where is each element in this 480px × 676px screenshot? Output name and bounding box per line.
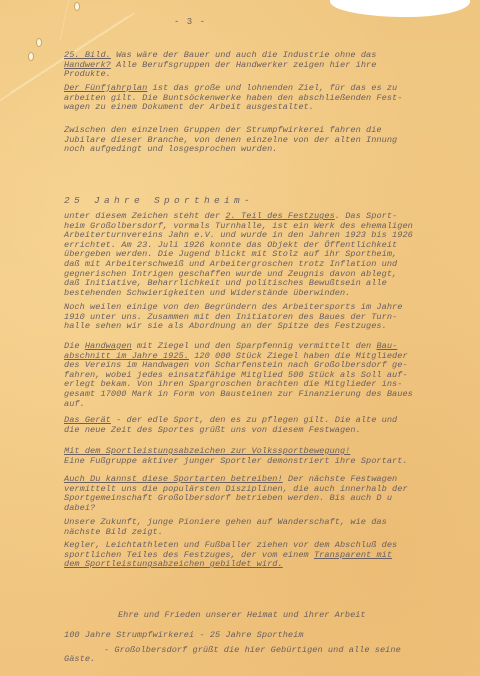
text-line: auf. — [64, 400, 470, 410]
text-line: - Großolbersdorf grüßt die hier Gebürtig… — [64, 646, 470, 656]
paragraph-handwagen: Die Handwagen mit Ziegel und den Sparpfe… — [64, 342, 470, 409]
text-line: die neue Zeit des Sportes grüßt uns von … — [64, 426, 470, 436]
text-line: Alle Berufsgruppen der Handwerker zeigen… — [111, 60, 377, 70]
text-line: dabei? — [64, 504, 470, 514]
closing-motto: Ehre und Frieden unserer Heimat und ihre… — [118, 610, 366, 620]
text-line: Gäste. — [64, 655, 470, 665]
punch-hole — [36, 38, 42, 47]
text-line: nächste Bild zeigt. — [64, 528, 470, 538]
text-line: Was wäre der Bauer und auch die Industri… — [111, 50, 377, 60]
paragraph-geraet: Das Gerät - der edle Sport, den es zu pf… — [64, 416, 470, 435]
text-line: wagen zu einem Dokument der Arbeit ausge… — [64, 103, 470, 113]
underlined-phrase: Handwagen — [85, 341, 132, 351]
punch-hole — [28, 52, 34, 61]
paragraph-zwischen: Zwischen den einzelnen Gruppen der Strum… — [64, 126, 470, 155]
text-line: Die — [64, 341, 85, 351]
underlined-phrase: abschnitt im Jahre 1925. — [64, 351, 189, 361]
paragraph-closing: 100 Jahre Strumpfwirkerei - 25 Jahre Spo… — [64, 631, 470, 665]
text-line: gesamt 17000 Mark in Form von Bausteinen… — [64, 390, 470, 400]
underlined-phrase: Auch Du kannst diese Sportarten betreibe… — [64, 474, 283, 484]
text-line: Produkte. — [64, 70, 470, 80]
paragraph-fuenfjahrplan: Der Fünfjahrplan ist das große und lohne… — [64, 84, 470, 113]
text-line: 100 Jahre Strumpfwirkerei - 25 Jahre Spo… — [64, 631, 470, 641]
text-line: sportlichen Teiles des Festzuges, der vo… — [64, 550, 314, 560]
text-line: mit Ziegel und den Sparpfennig vermittel… — [132, 341, 377, 351]
torn-corner-edge — [372, 0, 442, 6]
underlined-phrase: Der Fünfjahrplan — [64, 83, 147, 93]
section-heading: 25 Jahre Sportheim- — [64, 195, 254, 206]
paragraph-sportheim: unter diesem Zeichen steht der 2. Teil d… — [64, 212, 470, 298]
text-line: 120 000 Stück Ziegel haben die Mitgliede… — [189, 351, 408, 361]
text-line: noch aufgedingt und losgesprochen wurden… — [64, 145, 470, 155]
paragraph-sportleistung: Mit dem Sportleistungsabzeichen zur Volk… — [64, 447, 470, 466]
underlined-phrase: 25. Bild. — [64, 50, 111, 60]
text-line: . Das Sport- — [335, 211, 398, 221]
underlined-phrase: Handwerk? — [64, 60, 111, 70]
text-line: Sportgemeinschaft Großolbersdorf betrieb… — [64, 494, 470, 504]
paragraph-auch-du: Auch Du kannst diese Sportarten betreibe… — [64, 475, 470, 513]
paragraph-begruender: Noch weilen einige von den Begründern de… — [64, 303, 470, 332]
text-line: unter diesem Zeichen steht der — [64, 211, 225, 221]
underlined-phrase: Bau- — [376, 341, 397, 351]
paragraph-zukunft: Unsere Zukunft, junge Pioniere gehen auf… — [64, 518, 470, 537]
underlined-phrase: 2. Teil des Festzuges — [225, 211, 334, 221]
paragraph-kegler: Kegler, Leichtathleten und Fußballer zie… — [64, 541, 470, 570]
paragraph-bild-25: 25. Bild. Was wäre der Bauer und auch di… — [64, 51, 470, 80]
text-line: ist das große und lohnenden Ziel, für da… — [147, 83, 397, 93]
text-line: halle sehen wir sie als Abordnung an der… — [64, 322, 470, 332]
document-page: - 3 - 25. Bild. Was wäre der Bauer und a… — [0, 0, 480, 676]
underlined-phrase: Transparent mit — [314, 550, 392, 560]
text-line: Der nächste Festwagen — [283, 474, 398, 484]
text-line: Eine Fußgruppe aktiver junger Sportler d… — [64, 457, 470, 467]
underlined-phrase: Das Gerät — [64, 415, 111, 425]
text-line: - der edle Sport, den es zu pflegen gilt… — [111, 415, 397, 425]
text-line: bestehenden Schwierigkeiten und Widerstä… — [64, 289, 470, 299]
page-number: - 3 - — [174, 17, 206, 27]
underlined-phrase: dem Sportleistungsabzeichen gebildet wir… — [64, 560, 470, 570]
punch-hole — [74, 2, 80, 11]
